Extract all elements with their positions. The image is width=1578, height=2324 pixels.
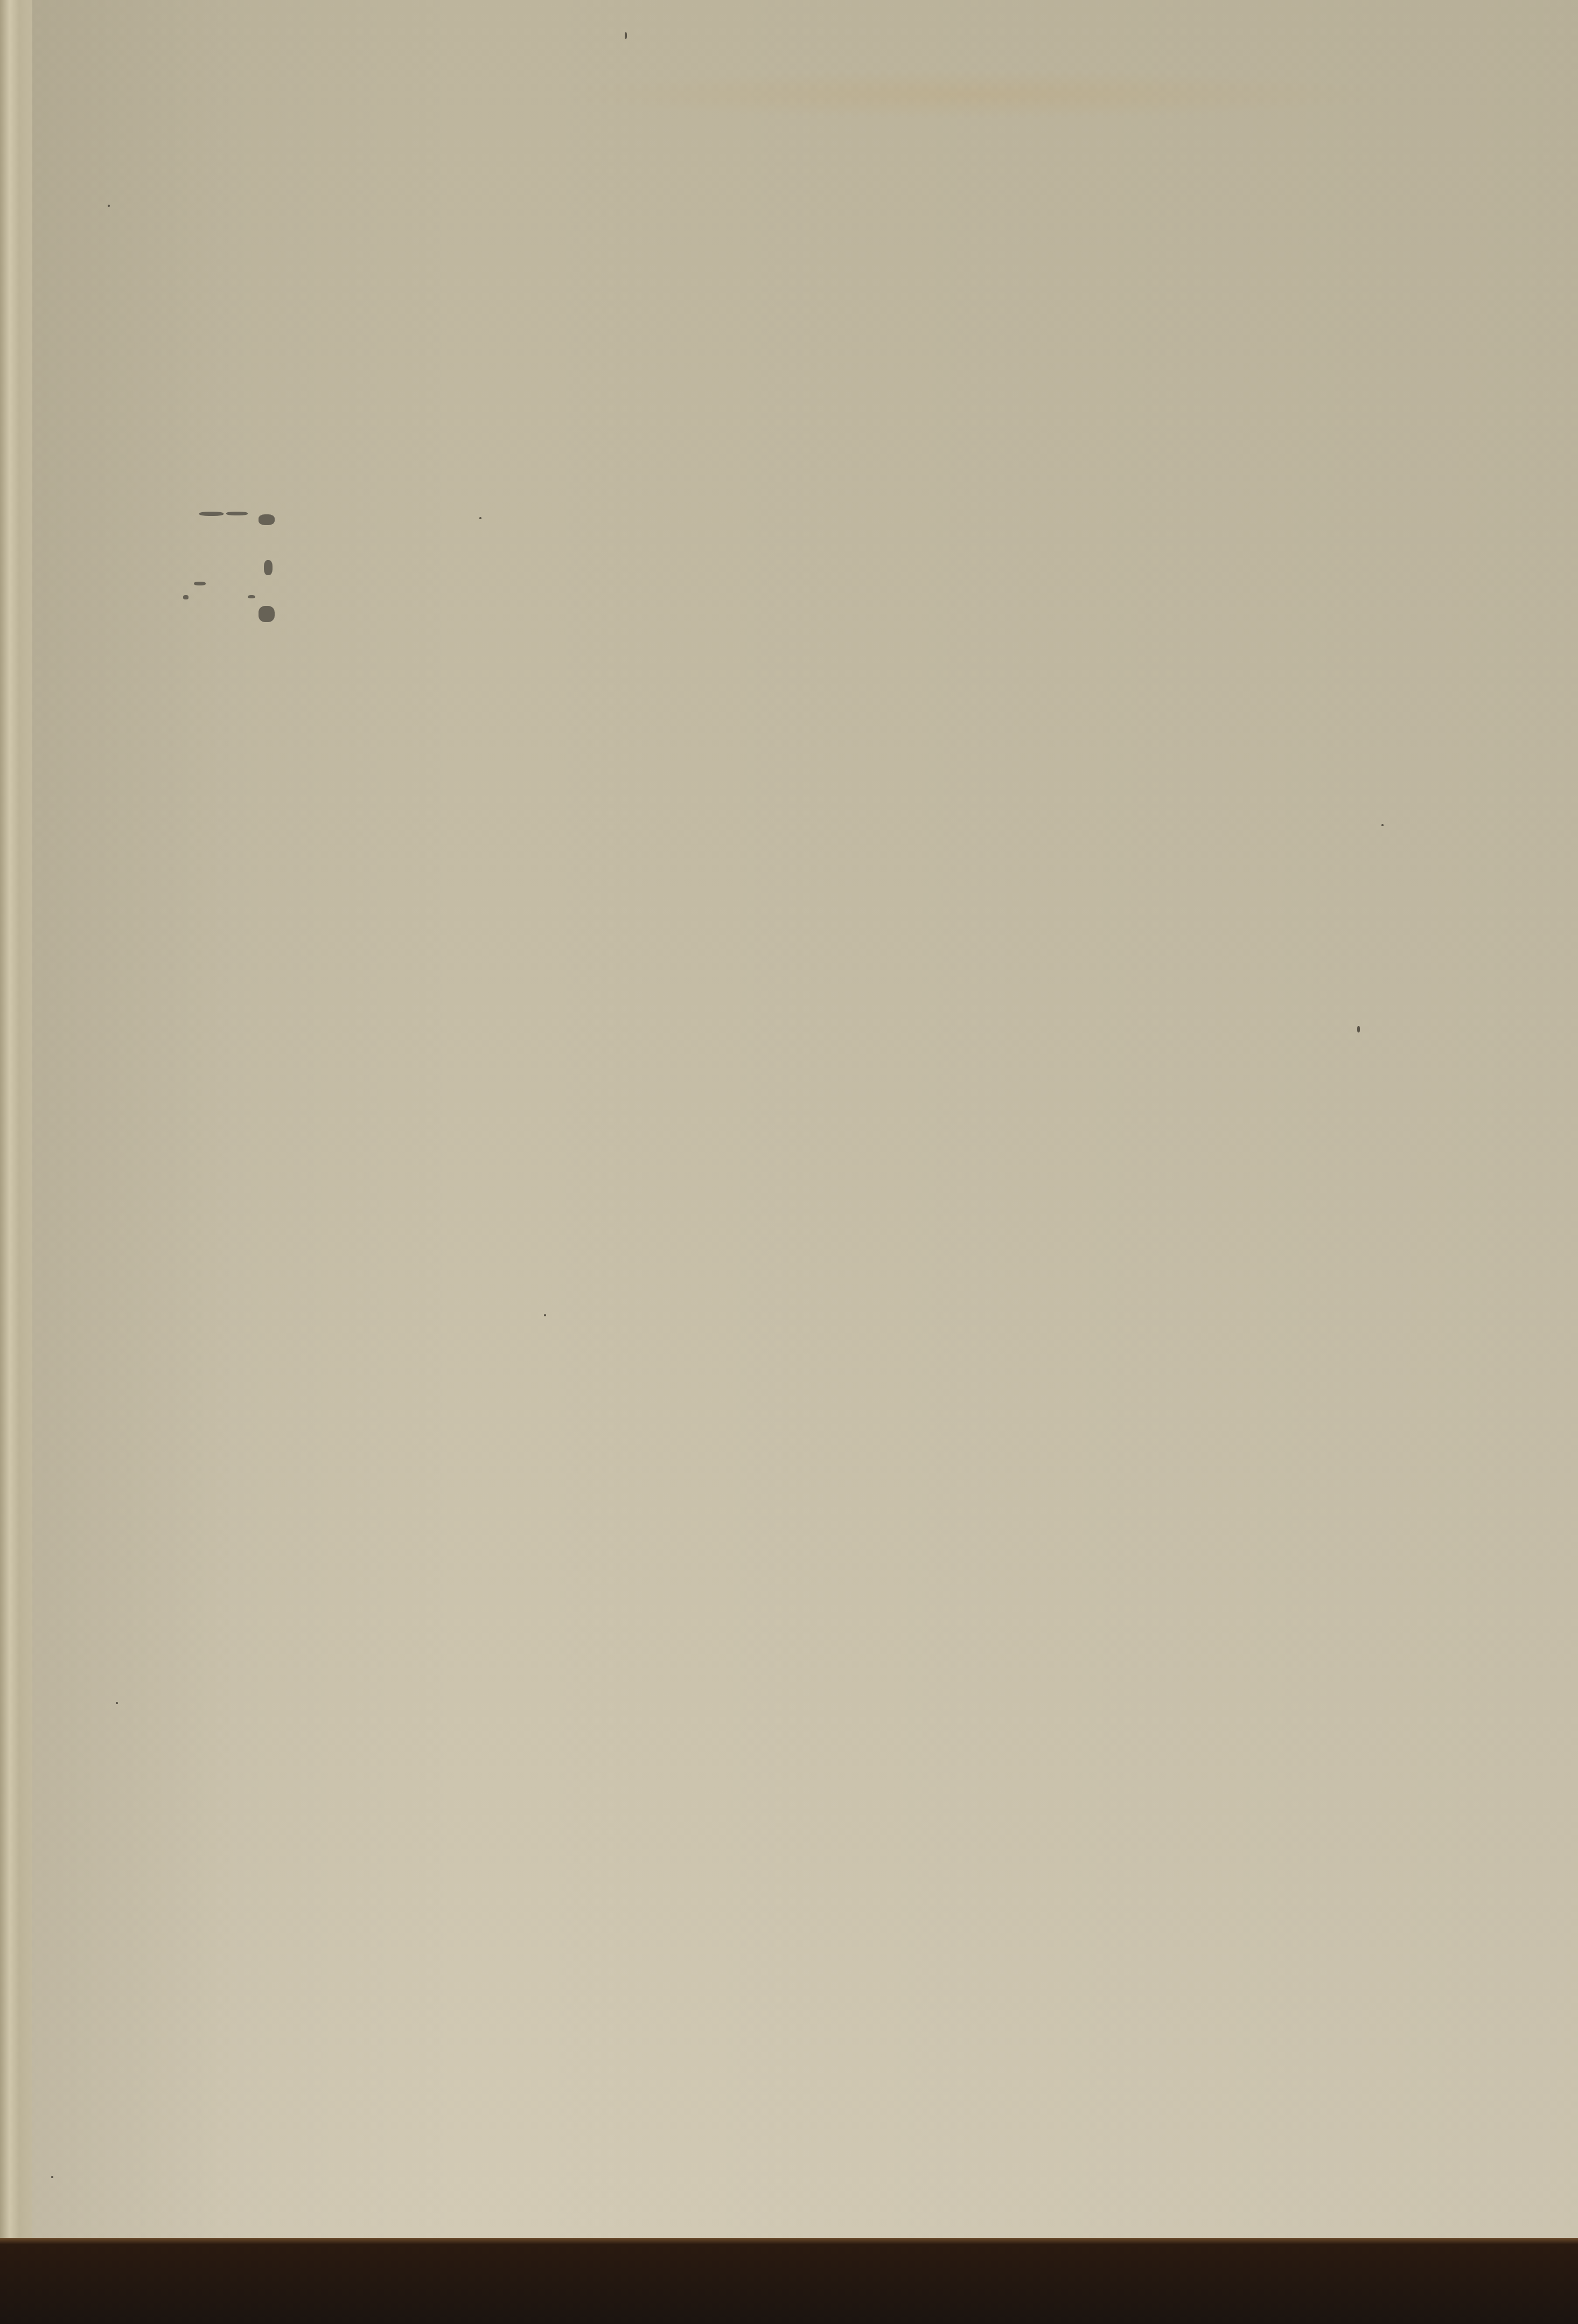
binding-strip bbox=[0, 0, 32, 2238]
speck bbox=[116, 1702, 118, 1704]
speck bbox=[544, 1314, 546, 1316]
blank-page bbox=[0, 0, 1578, 2238]
speck bbox=[108, 205, 110, 207]
book-cover-edge bbox=[0, 2238, 1578, 2324]
ink-smudge-cluster bbox=[178, 501, 296, 598]
offset-stain bbox=[555, 70, 1395, 118]
speck bbox=[1357, 1026, 1360, 1032]
speck bbox=[625, 32, 627, 39]
speck bbox=[479, 517, 481, 519]
gutter-shadow bbox=[32, 0, 232, 2238]
speck bbox=[51, 2176, 53, 2178]
speck bbox=[1381, 824, 1384, 826]
